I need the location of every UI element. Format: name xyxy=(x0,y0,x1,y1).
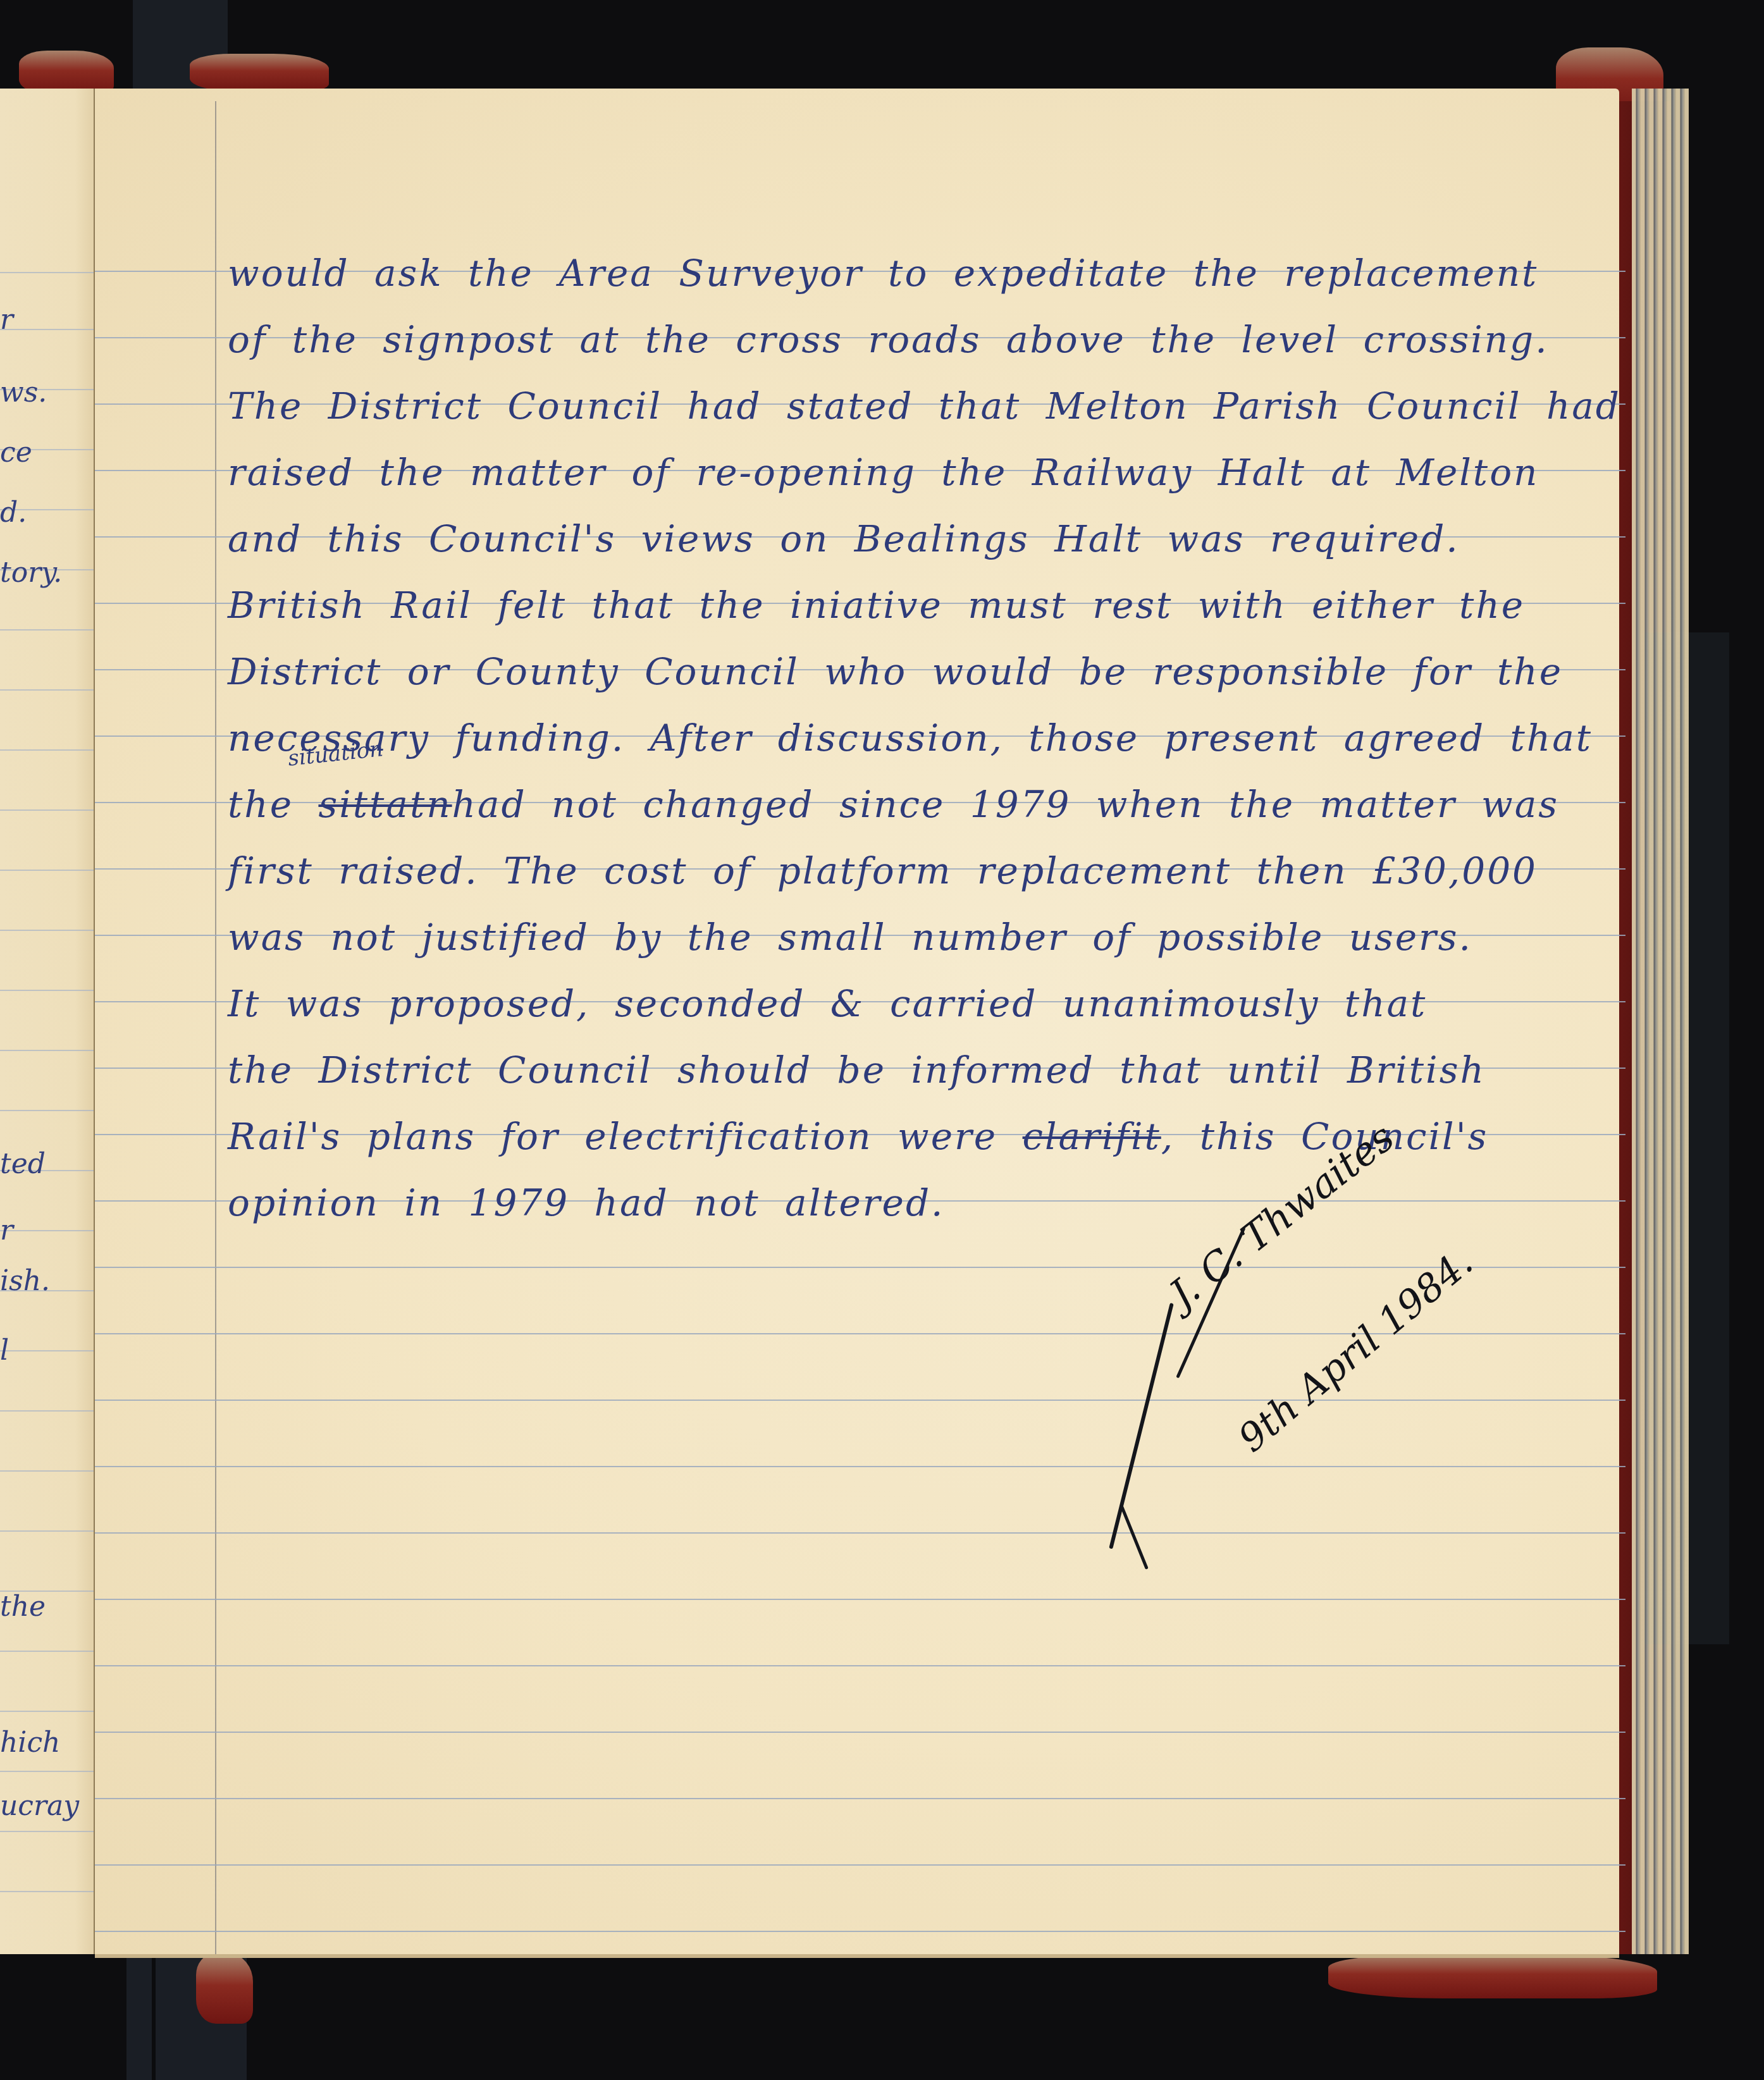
minutes-line: The District Council had stated that Mel… xyxy=(228,385,1621,428)
left-page-fragment: ucray xyxy=(0,1790,79,1822)
signature-stroke xyxy=(1109,1303,1174,1549)
ruled-line xyxy=(95,1931,1625,1932)
left-page-fragment: l xyxy=(0,1334,9,1367)
minutes-line: British Rail felt that the iniative must… xyxy=(228,584,1525,627)
left-page-fragment: ish. xyxy=(0,1265,50,1297)
ruled-line xyxy=(0,1891,94,1892)
ruled-line xyxy=(0,1410,94,1412)
ruled-line xyxy=(0,1350,94,1351)
left-page-fragment: r xyxy=(0,1214,13,1246)
ruled-line xyxy=(95,1732,1625,1733)
minutes-line: opinion in 1979 had not altered. xyxy=(228,1181,944,1224)
ruled-line xyxy=(0,629,94,631)
ruled-line xyxy=(95,1599,1625,1600)
minutes-line-with-correction: the sittatnhad not changed since 1979 wh… xyxy=(228,783,1559,826)
ruled-line xyxy=(0,1651,94,1652)
minutes-line: would ask the Area Surveyor to expeditat… xyxy=(228,252,1538,295)
ruled-line xyxy=(0,930,94,931)
left-page-fragment: tory. xyxy=(0,557,62,589)
minutes-line: of the signpost at the cross roads above… xyxy=(228,318,1549,361)
line-text: , this Council's xyxy=(1161,1115,1489,1158)
ruled-line xyxy=(0,1110,94,1111)
minutes-line: necessary funding. After discussion, tho… xyxy=(228,717,1593,760)
ruled-line xyxy=(0,689,94,691)
ruled-line xyxy=(0,749,94,751)
struck-word: sittatn xyxy=(318,783,452,826)
ruled-line xyxy=(0,1831,94,1832)
binding-leather-fragment xyxy=(1328,1954,1657,1998)
minutes-line-with-correction: Rail's plans for electrification were cl… xyxy=(228,1115,1488,1158)
ruled-line xyxy=(0,1711,94,1712)
ruled-line xyxy=(0,870,94,871)
ruled-line xyxy=(0,272,94,273)
minutes-line: first raised. The cost of platform repla… xyxy=(228,849,1538,892)
minutes-line: District or County Council who would be … xyxy=(228,650,1563,693)
left-page-fragment: d. xyxy=(0,496,27,529)
ruled-line xyxy=(0,990,94,991)
ruled-line xyxy=(0,329,94,330)
minutes-line: the District Council should be informed … xyxy=(228,1049,1486,1092)
left-page-fragment: hich xyxy=(0,1726,60,1759)
ruled-line xyxy=(95,1798,1625,1799)
signature-date: 9th April 1984. xyxy=(1230,1240,1481,1461)
struck-word: clarifit xyxy=(1023,1115,1161,1158)
ruled-line xyxy=(95,1665,1625,1666)
left-page-fragment: the xyxy=(0,1591,46,1623)
binding-leather-fragment xyxy=(190,54,329,92)
ruled-line xyxy=(0,1230,94,1231)
line-text: the xyxy=(228,783,318,826)
minutes-line: was not justified by the small number of… xyxy=(228,916,1472,959)
margin-line xyxy=(215,101,216,1954)
line-text: Rail's plans for electrification were xyxy=(228,1115,1023,1158)
signature-block: J. C. Thwaites 9th April 1984. xyxy=(1094,1176,1505,1530)
left-page-fragment: ted xyxy=(0,1148,46,1180)
ruled-line xyxy=(95,1864,1625,1866)
ruled-line xyxy=(0,809,94,811)
ruled-line xyxy=(0,1050,94,1051)
ruled-line xyxy=(0,1530,94,1532)
ruled-line xyxy=(0,1771,94,1772)
binding-leather-fragment xyxy=(196,1954,253,2024)
left-page-fragment: r xyxy=(0,304,13,336)
left-page-fragment: ce xyxy=(0,436,32,469)
line-text: had not changed since 1979 when the matt… xyxy=(452,783,1559,826)
page-fore-edge xyxy=(1632,89,1689,1954)
minutes-line: It was proposed, seconded & carried unan… xyxy=(228,982,1427,1025)
minutes-line: raised the matter of re-opening the Rail… xyxy=(228,451,1539,494)
left-page-fragment: ws. xyxy=(0,376,47,409)
left-page xyxy=(0,89,96,1954)
ruled-line xyxy=(0,1470,94,1472)
minutes-line: and this Council's views on Bealings Hal… xyxy=(228,517,1460,560)
ruled-line xyxy=(95,1532,1625,1534)
